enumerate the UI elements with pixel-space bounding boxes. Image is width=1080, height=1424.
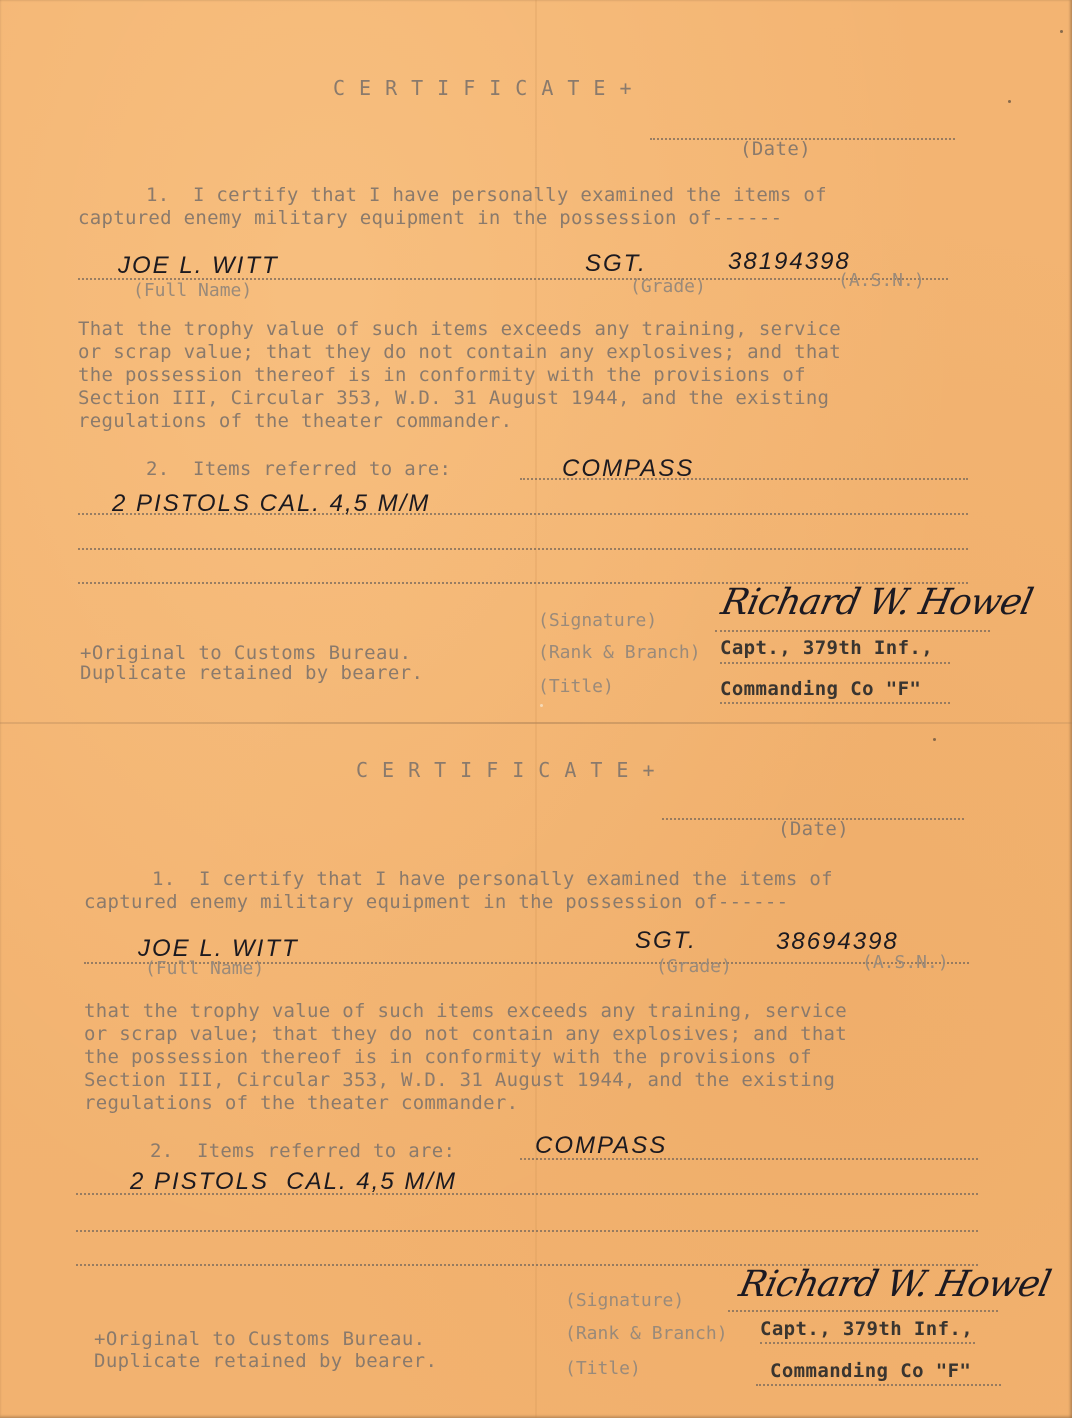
certify-line-2: captured enemy military equipment in the… <box>78 207 782 230</box>
certificate-title: CERTIFICATE+ <box>333 76 646 100</box>
rank-value: Capt., 379th Inf., <box>720 637 933 659</box>
certify-line-2: captured enemy military equipment in the… <box>84 891 788 914</box>
grade-label: (Grade) <box>656 956 732 977</box>
footnote-duplicate: Duplicate retained by bearer. <box>80 662 423 684</box>
certify-line-1: 1. I certify that I have personally exam… <box>146 184 827 207</box>
body-line: regulations of the theater commander. <box>84 1092 518 1115</box>
rank-label: (Rank & Branch) <box>565 1323 728 1344</box>
body-line: Section III, Circular 353, W.D. 31 Augus… <box>84 1069 835 1092</box>
items-value-1: COMPASS <box>535 1132 667 1160</box>
items-line-3 <box>76 1230 978 1232</box>
body-line: Section III, Circular 353, W.D. 31 Augus… <box>78 387 829 410</box>
items-label: 2. Items referred to are: <box>146 458 451 481</box>
rank-line <box>760 1342 975 1344</box>
signature-label: (Signature) <box>538 610 657 631</box>
footnote-original: +Original to Customs Bureau. <box>80 642 412 664</box>
body-line: that the trophy value of such items exce… <box>84 1000 847 1023</box>
title-label: (Title) <box>538 676 614 697</box>
asn-value: 38194398 <box>728 248 851 276</box>
paper-speck <box>933 738 936 741</box>
items-value-2: 2 PISTOLS CAL. 4,5 M/M <box>130 1168 457 1196</box>
title-line <box>756 1384 1001 1386</box>
title-label: (Title) <box>565 1358 641 1379</box>
asn-label: (A.S.N.) <box>862 952 949 973</box>
paper-speck <box>1060 30 1063 33</box>
full-name-label: (Full Name) <box>133 280 252 301</box>
items-value-2: 2 PISTOLS CAL. 4,5 M/M <box>112 490 430 518</box>
paper-speck <box>540 704 543 707</box>
items-label: 2. Items referred to are: <box>150 1140 455 1163</box>
rank-line <box>720 662 950 664</box>
body-line: the possession thereof is in conformity … <box>84 1046 812 1069</box>
grade-label: (Grade) <box>630 276 706 297</box>
grade-value: SGT. <box>635 927 697 955</box>
footnote-duplicate: Duplicate retained by bearer. <box>94 1350 437 1372</box>
body-line: or scrap value; that they do not contain… <box>84 1023 847 1046</box>
body-line: That the trophy value of such items exce… <box>78 318 841 341</box>
items-line-3 <box>78 548 968 550</box>
full-name-label: (Full Name) <box>145 958 264 979</box>
date-label: (Date) <box>778 818 849 840</box>
certify-line-1: 1. I certify that I have personally exam… <box>152 868 833 891</box>
footnote-original: +Original to Customs Bureau. <box>94 1328 426 1350</box>
rank-value: Capt., 379th Inf., <box>760 1318 973 1340</box>
items-value-1: COMPASS <box>562 455 694 483</box>
full-name-value: JOE L. WITT <box>118 252 279 280</box>
body-line: the possession thereof is in conformity … <box>78 364 806 387</box>
title-value: Commanding Co "F" <box>770 1360 971 1382</box>
signature-value: Richard W. Howel <box>718 582 1036 623</box>
asn-label: (A.S.N.) <box>838 270 925 291</box>
paper-speck <box>1008 100 1011 103</box>
certificate-title: CERTIFICATE+ <box>356 758 669 782</box>
body-line: or scrap value; that they do not contain… <box>78 341 841 364</box>
body-line: regulations of the theater commander. <box>78 410 512 433</box>
rank-label: (Rank & Branch) <box>538 642 701 663</box>
title-line <box>720 702 950 704</box>
signature-line <box>715 630 990 632</box>
signature-label: (Signature) <box>565 1290 684 1311</box>
title-value: Commanding Co "F" <box>720 678 921 700</box>
signature-line <box>728 1310 998 1312</box>
grade-value: SGT. <box>585 250 647 278</box>
date-label: (Date) <box>740 138 811 160</box>
signature-value: Richard W. Howel <box>736 1264 1054 1305</box>
